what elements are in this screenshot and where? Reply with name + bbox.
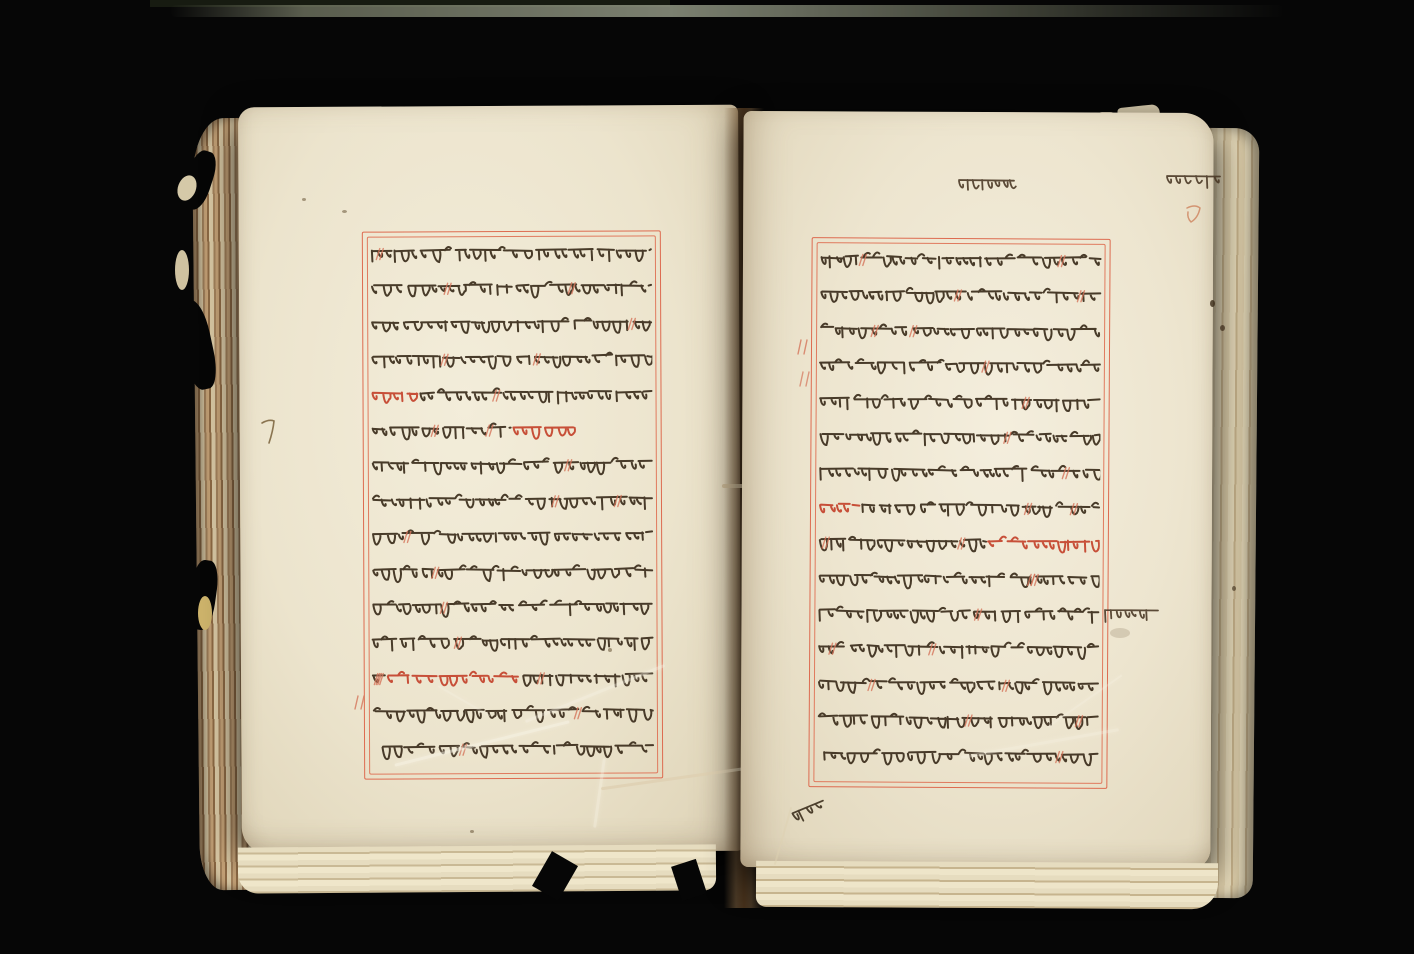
right-page-bottom-edge-stack [756,861,1218,909]
handwritten-text-line [817,639,1099,673]
handwritten-text-line [372,738,654,771]
handwritten-text-line [818,426,1100,460]
handwritten-text-line [818,462,1100,496]
paper-speck [608,648,612,652]
folio-number-outer [1164,168,1224,198]
margin-smudge [1110,628,1130,638]
handwritten-text-line [817,568,1099,602]
torn-paper-bit [175,250,189,290]
left-margin-seven-mark [260,418,278,446]
handwritten-text-line [819,391,1101,425]
left-margin-red-ticks [354,694,368,712]
edge-speck [1210,300,1215,307]
handwritten-text-line [371,419,653,452]
torn-paper-bit-yellow [198,596,212,630]
handwritten-text-line [817,603,1099,637]
handwritten-text-line [370,384,652,417]
left-text-block [370,242,654,773]
handwritten-text-line [372,667,654,700]
folio-number-inner [956,172,1018,198]
handwritten-text-line [370,313,652,346]
manuscript-photograph [0,0,1414,954]
edge-speck [1220,325,1225,331]
right-margin-annotation [1102,602,1162,626]
right-margin-red-ticks [796,338,812,358]
handwritten-text-line [816,745,1098,779]
handwritten-text-line [819,355,1101,389]
folio-corner-red-mark [1182,202,1208,228]
handwritten-text-line [371,596,653,629]
handwritten-text-line [371,490,653,523]
right-margin-red-ticks [798,370,814,390]
paper-speck [470,830,474,833]
right-text-block [816,249,1101,783]
handwritten-text-line [371,526,653,559]
handwritten-text-line [370,242,652,275]
handwritten-text-line [818,532,1100,566]
handwritten-text-line [370,349,652,382]
handwritten-text-line [819,320,1101,354]
handwritten-text-line [370,278,652,311]
handwritten-text-line [371,561,653,594]
handwritten-text-line [372,703,654,736]
paper-speck [342,210,347,213]
paper-speck [302,198,306,201]
handwritten-text-line [819,249,1101,283]
handwritten-text-line [371,455,653,488]
handwritten-text-line [817,674,1099,708]
handwritten-text-line [819,285,1101,319]
edge-speck [1232,586,1236,591]
handwritten-text-line [818,497,1100,531]
left-page-bottom-edge-stack [238,844,716,893]
background-shelf-edge [170,5,1285,17]
